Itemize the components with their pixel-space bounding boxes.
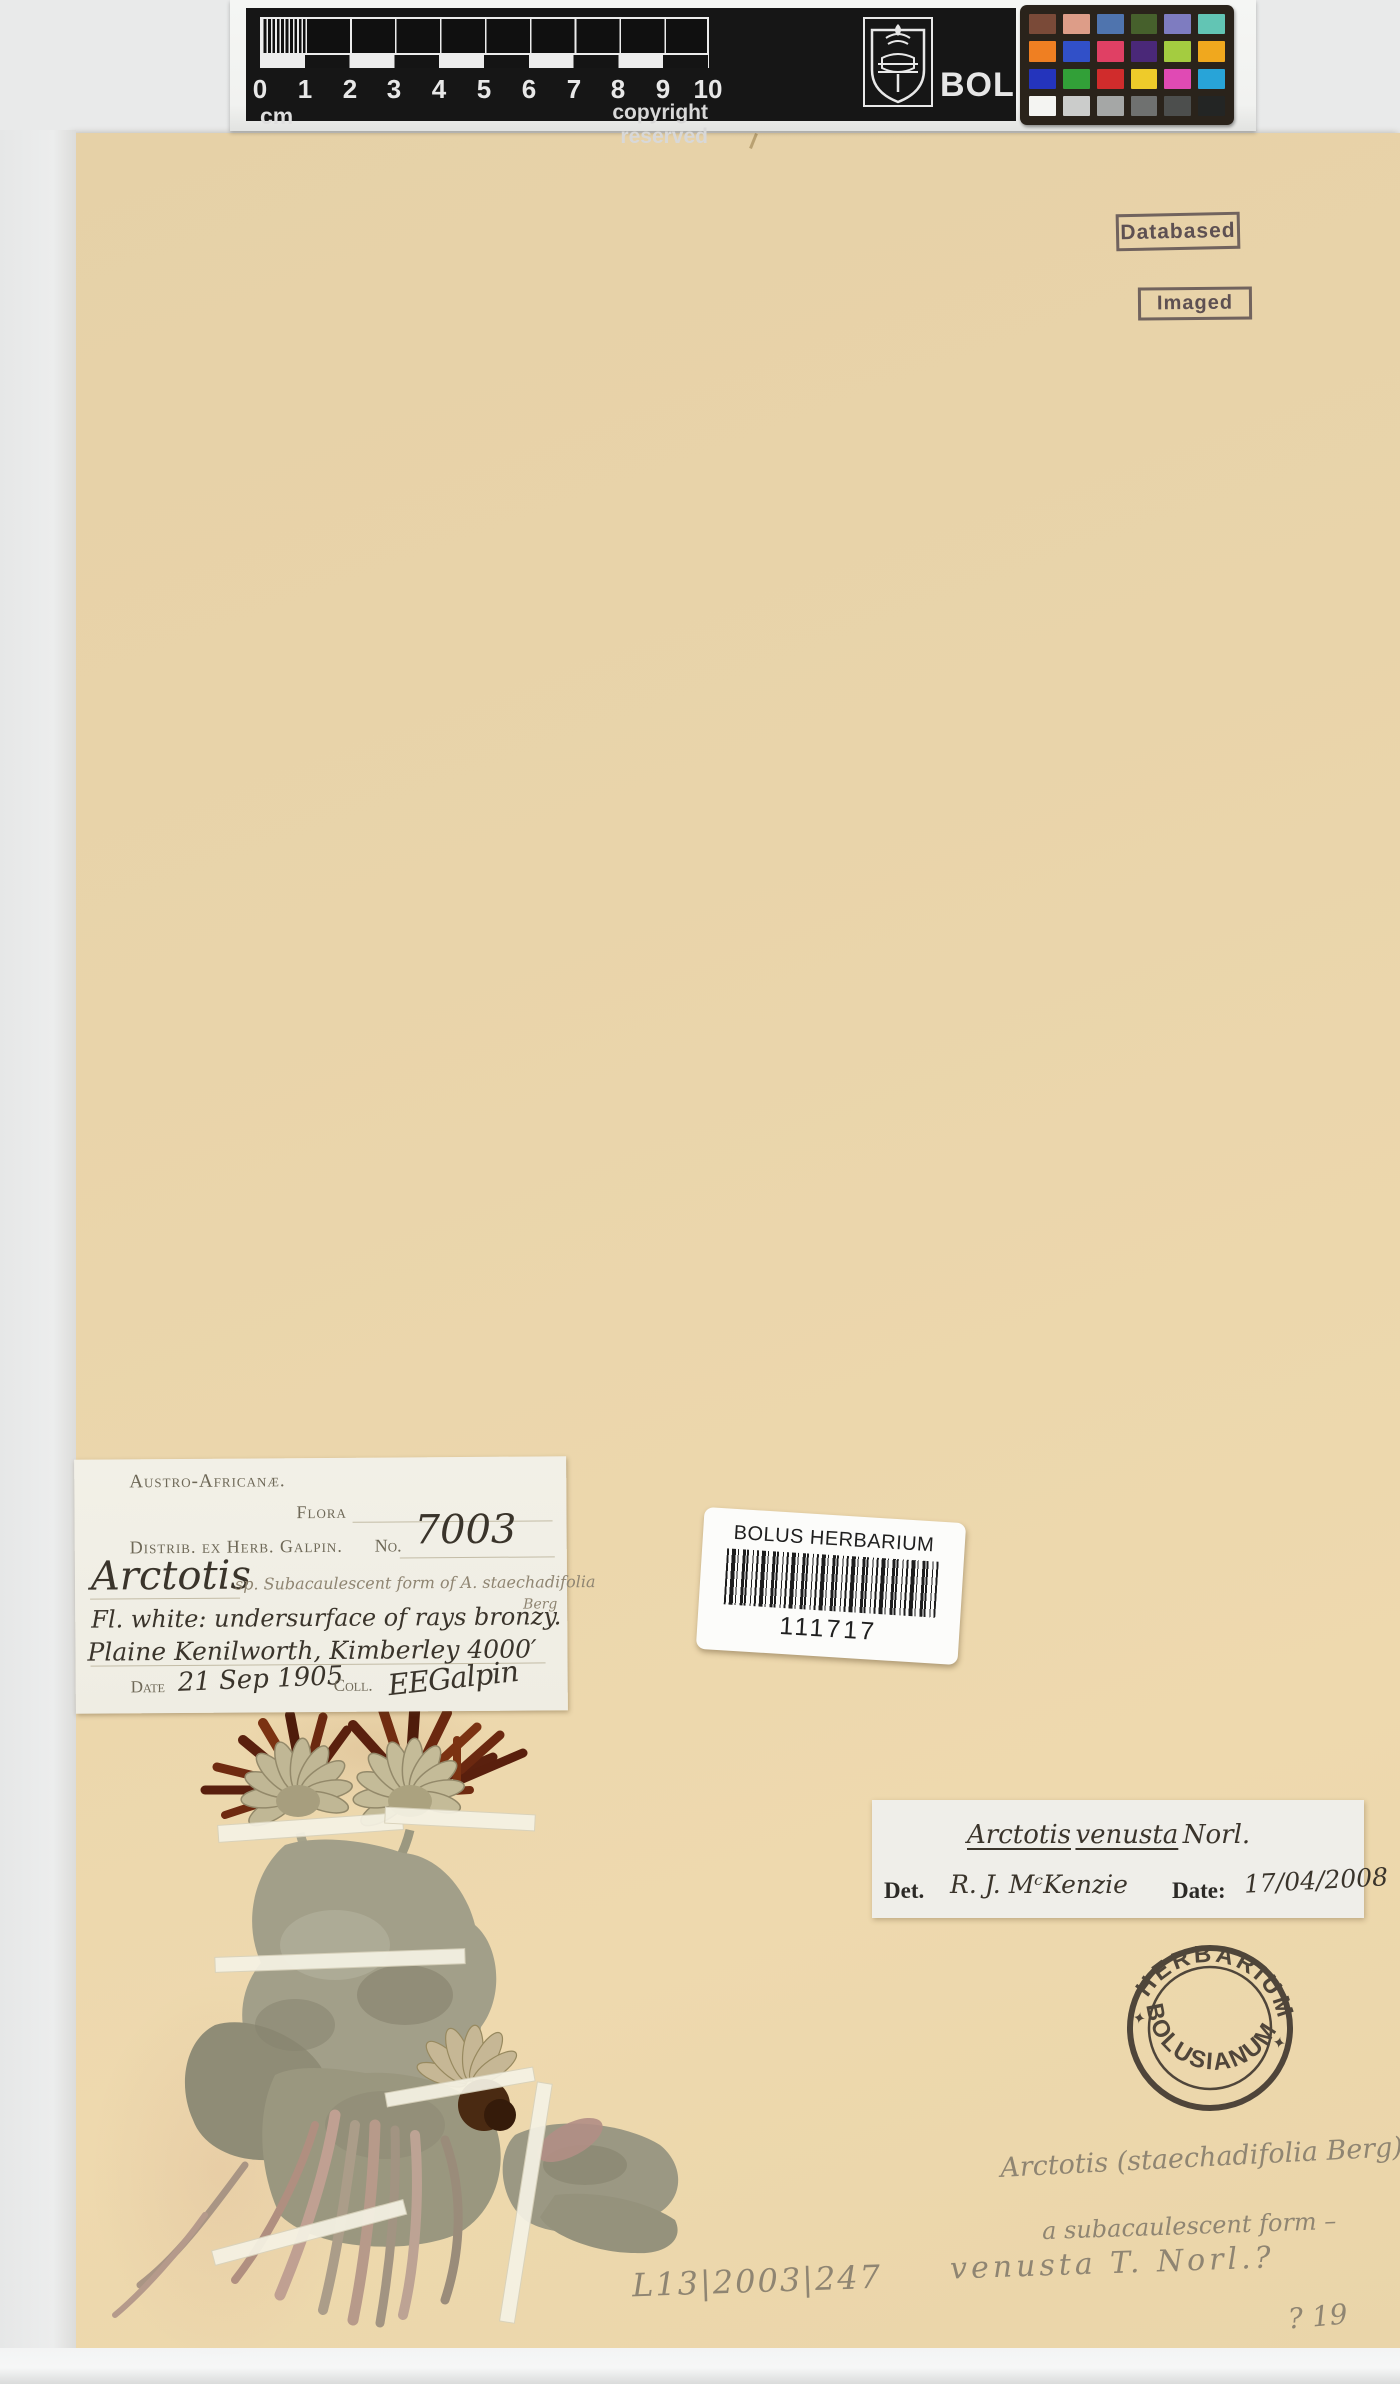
color-patch bbox=[1097, 96, 1124, 116]
color-patch bbox=[1029, 14, 1056, 34]
scanner-backdrop-left bbox=[0, 130, 76, 2354]
collection-number: 7003 bbox=[414, 1507, 516, 1554]
color-patch bbox=[1131, 96, 1158, 116]
barcode bbox=[724, 1548, 939, 1617]
flower-description: Fl. white: undersurface of rays bronzy. bbox=[91, 1602, 561, 1633]
stamp-star-left: ✦ bbox=[1131, 2010, 1147, 2029]
color-patch bbox=[1063, 41, 1090, 61]
determination-label: Arctotis venusta Norl. Det. R. J. MᶜKenz… bbox=[872, 1800, 1364, 1918]
det-name-species: venusta bbox=[1075, 1820, 1178, 1850]
color-patch bbox=[1097, 69, 1124, 89]
scale-bar-assembly: 0 1 2 3 4 5 6 7 8 9 10 cm copyright rese… bbox=[230, 0, 1256, 131]
color-patch bbox=[1164, 14, 1191, 34]
color-patch bbox=[1164, 69, 1191, 89]
tick-0: 0 bbox=[245, 74, 275, 105]
institution-code: BOL bbox=[940, 66, 1015, 105]
color-patch bbox=[1131, 69, 1158, 89]
cm-unit-label: cm bbox=[260, 103, 293, 130]
tick-3: 3 bbox=[379, 74, 409, 105]
cm-scale bbox=[260, 17, 709, 71]
collection-date: 21 Sep 1905 bbox=[177, 1661, 344, 1698]
collection-label: Austro-Africanæ. Flora Distrib. ex Herb.… bbox=[74, 1456, 568, 1713]
cm-blocks bbox=[260, 17, 709, 55]
herbarium-specimen-scan: 0 1 2 3 4 5 6 7 8 9 10 cm copyright rese… bbox=[0, 0, 1400, 2384]
det-date-heading: Date: bbox=[1172, 1878, 1226, 1904]
det-name-genus: Arctotis bbox=[967, 1820, 1071, 1850]
tick-2: 2 bbox=[335, 74, 365, 105]
det-heading: Det. bbox=[884, 1878, 924, 1904]
color-patch bbox=[1198, 69, 1225, 89]
color-patch bbox=[1198, 96, 1225, 116]
label-coll-heading: Coll. bbox=[334, 1676, 373, 1696]
databased-stamp: Databased bbox=[1116, 212, 1241, 252]
copyright-text: copyright reserved bbox=[526, 101, 708, 149]
color-patch bbox=[1097, 41, 1124, 61]
color-patch bbox=[1063, 69, 1090, 89]
half-cm-blocks bbox=[260, 55, 709, 68]
determiner-name: R. J. MᶜKenzie bbox=[950, 1870, 1128, 1899]
color-patch bbox=[1164, 96, 1191, 116]
imaged-stamp: Imaged bbox=[1138, 287, 1252, 321]
tick-1: 1 bbox=[290, 74, 320, 105]
color-patch bbox=[1029, 69, 1056, 89]
color-patch bbox=[1198, 14, 1225, 34]
tick-5: 5 bbox=[469, 74, 499, 105]
color-patch bbox=[1131, 41, 1158, 61]
color-patch bbox=[1164, 41, 1191, 61]
color-patch bbox=[1063, 14, 1090, 34]
label-no-heading: No. bbox=[375, 1535, 402, 1556]
ruler-bar: 0 1 2 3 4 5 6 7 8 9 10 cm copyright rese… bbox=[246, 8, 1016, 121]
label-date-heading: Date bbox=[131, 1677, 165, 1697]
stamp-text-bottom: BOLUSIANUM bbox=[1130, 1996, 1285, 2087]
color-patch bbox=[1198, 41, 1225, 61]
svg-text:BOLUSIANUM: BOLUSIANUM bbox=[1130, 1996, 1285, 2087]
genus-handwritten: Arctotis bbox=[91, 1552, 251, 1599]
pencil-determination-note: sp. Subacaulescent form of A. staechadif… bbox=[235, 1572, 596, 1594]
ruler-tick-numbers: 0 1 2 3 4 5 6 7 8 9 10 bbox=[260, 74, 730, 104]
tick-4: 4 bbox=[424, 74, 454, 105]
color-patch bbox=[1029, 41, 1056, 61]
university-crest-icon bbox=[862, 16, 934, 108]
annotation-number-query: ? 19 bbox=[1287, 2297, 1349, 2335]
mm-hatch bbox=[262, 19, 305, 53]
pressed-plant-specimen bbox=[85, 1695, 705, 2345]
herbarium-round-stamp: HERBARIUM BOLUSIANUM ✦ ✦ bbox=[1108, 1926, 1312, 2130]
color-patch bbox=[1063, 96, 1090, 116]
label-series: Austro-Africanæ. bbox=[129, 1470, 286, 1493]
color-patch bbox=[1029, 96, 1056, 116]
label-flora-heading: Flora bbox=[296, 1502, 347, 1523]
color-patch bbox=[1097, 14, 1124, 34]
barcode-label: BOLUS HERBARIUM 111717 bbox=[696, 1507, 966, 1665]
det-name-author: Norl. bbox=[1183, 1820, 1250, 1850]
barcode-number: 111717 bbox=[779, 1612, 878, 1647]
color-checker-card bbox=[1020, 5, 1234, 125]
color-patch bbox=[1131, 14, 1158, 34]
